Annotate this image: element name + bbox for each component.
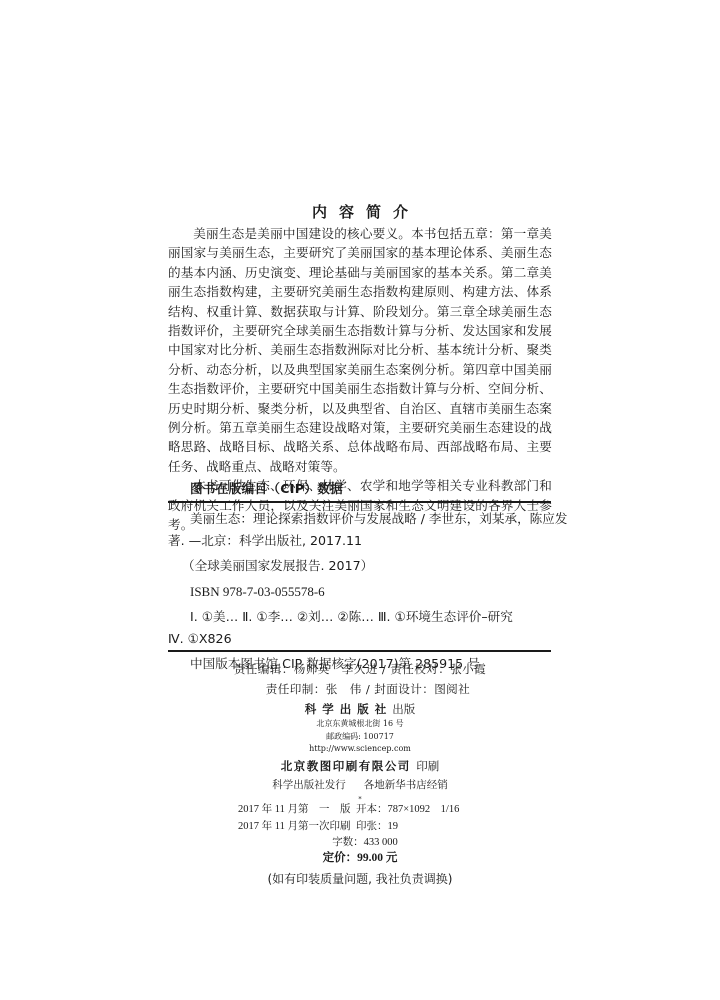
credits: 责任编辑：杨帅英 李久进 / 责任校对：张小霞 责任印制：张 伟 / 封面设计：… [0, 659, 720, 699]
print-row: 2017 年 11 月第一次印刷印张：19 [238, 818, 459, 835]
quality-notice: (如有印装质量问题, 我社负责调换) [0, 870, 720, 888]
printer-line: 北京教图印刷有限公司 印刷 [0, 756, 720, 776]
cip-heading: 图书在版编目（CIP）数据 [190, 478, 343, 497]
edition-date: 2017 年 11 月第 一 版 [238, 801, 356, 818]
distribution-line: 科学出版社发行各地新华书店经销 [0, 776, 720, 794]
price: 定价：99.00 元 [0, 850, 720, 866]
credits-editors: 责任编辑：杨帅英 李久进 / 责任校对：张小霞 [0, 659, 720, 679]
cip-bottom-rule [168, 650, 551, 652]
publisher-postcode: 邮政编码: 100717 [0, 731, 720, 744]
cip-top-rule [168, 501, 551, 503]
publisher-address: 北京东黄城根北街 16 号 [0, 718, 720, 731]
publisher-block: 科学出版社出版 北京东黄城根北街 16 号 邮政编码: 100717 http:… [0, 700, 720, 804]
printer-suffix: 印刷 [416, 759, 439, 773]
publisher-name-line: 科学出版社出版 [0, 700, 720, 718]
word-count: 字数：433 000 [0, 835, 720, 850]
summary-title: 内容简介 [0, 201, 720, 222]
distributor: 科学出版社发行 [272, 779, 346, 791]
cip-isbn: ISBN 978-7-03-055578-6 [168, 581, 552, 603]
cip-classification: Ⅰ. ①美… Ⅱ. ①李… ②刘… ②陈… Ⅲ. ①环境生态评价–研究 [168, 606, 552, 628]
printed-sheets: 印张：19 [356, 821, 398, 832]
edition-info: 2017 年 11 月第 一 版开本：787×1092 1/16 2017 年 … [238, 801, 459, 835]
publisher-name: 科学出版社 [305, 702, 393, 716]
format: 开本：787×1092 1/16 [356, 804, 459, 815]
publisher-website: http://www.sciencep.com [0, 743, 720, 756]
cip-title-line-cont: 著. —北京：科学出版社, 2017.11 [168, 530, 552, 552]
retailer: 各地新华书店经销 [364, 779, 448, 791]
cip-title-line: 美丽生态：理论探索指数评价与发展战略 / 李世东，刘某承，陈应发 [168, 508, 552, 530]
publisher-suffix: 出版 [392, 702, 415, 716]
credits-production: 责任印制：张 伟 / 封面设计：图阅社 [0, 679, 720, 699]
print-date: 2017 年 11 月第一次印刷 [238, 818, 356, 835]
summary-paragraph: 美丽生态是美丽中国建设的核心要义。本书包括五章：第一章美丽国家与美丽生态，主要研… [168, 224, 552, 476]
cip-classification-cont: Ⅳ. ①X826 [168, 628, 552, 650]
edition-row: 2017 年 11 月第 一 版开本：787×1092 1/16 [238, 801, 459, 818]
cip-series: （全球美丽国家发展报告. 2017） [168, 555, 552, 577]
printer-name: 北京教图印刷有限公司 [281, 759, 411, 773]
